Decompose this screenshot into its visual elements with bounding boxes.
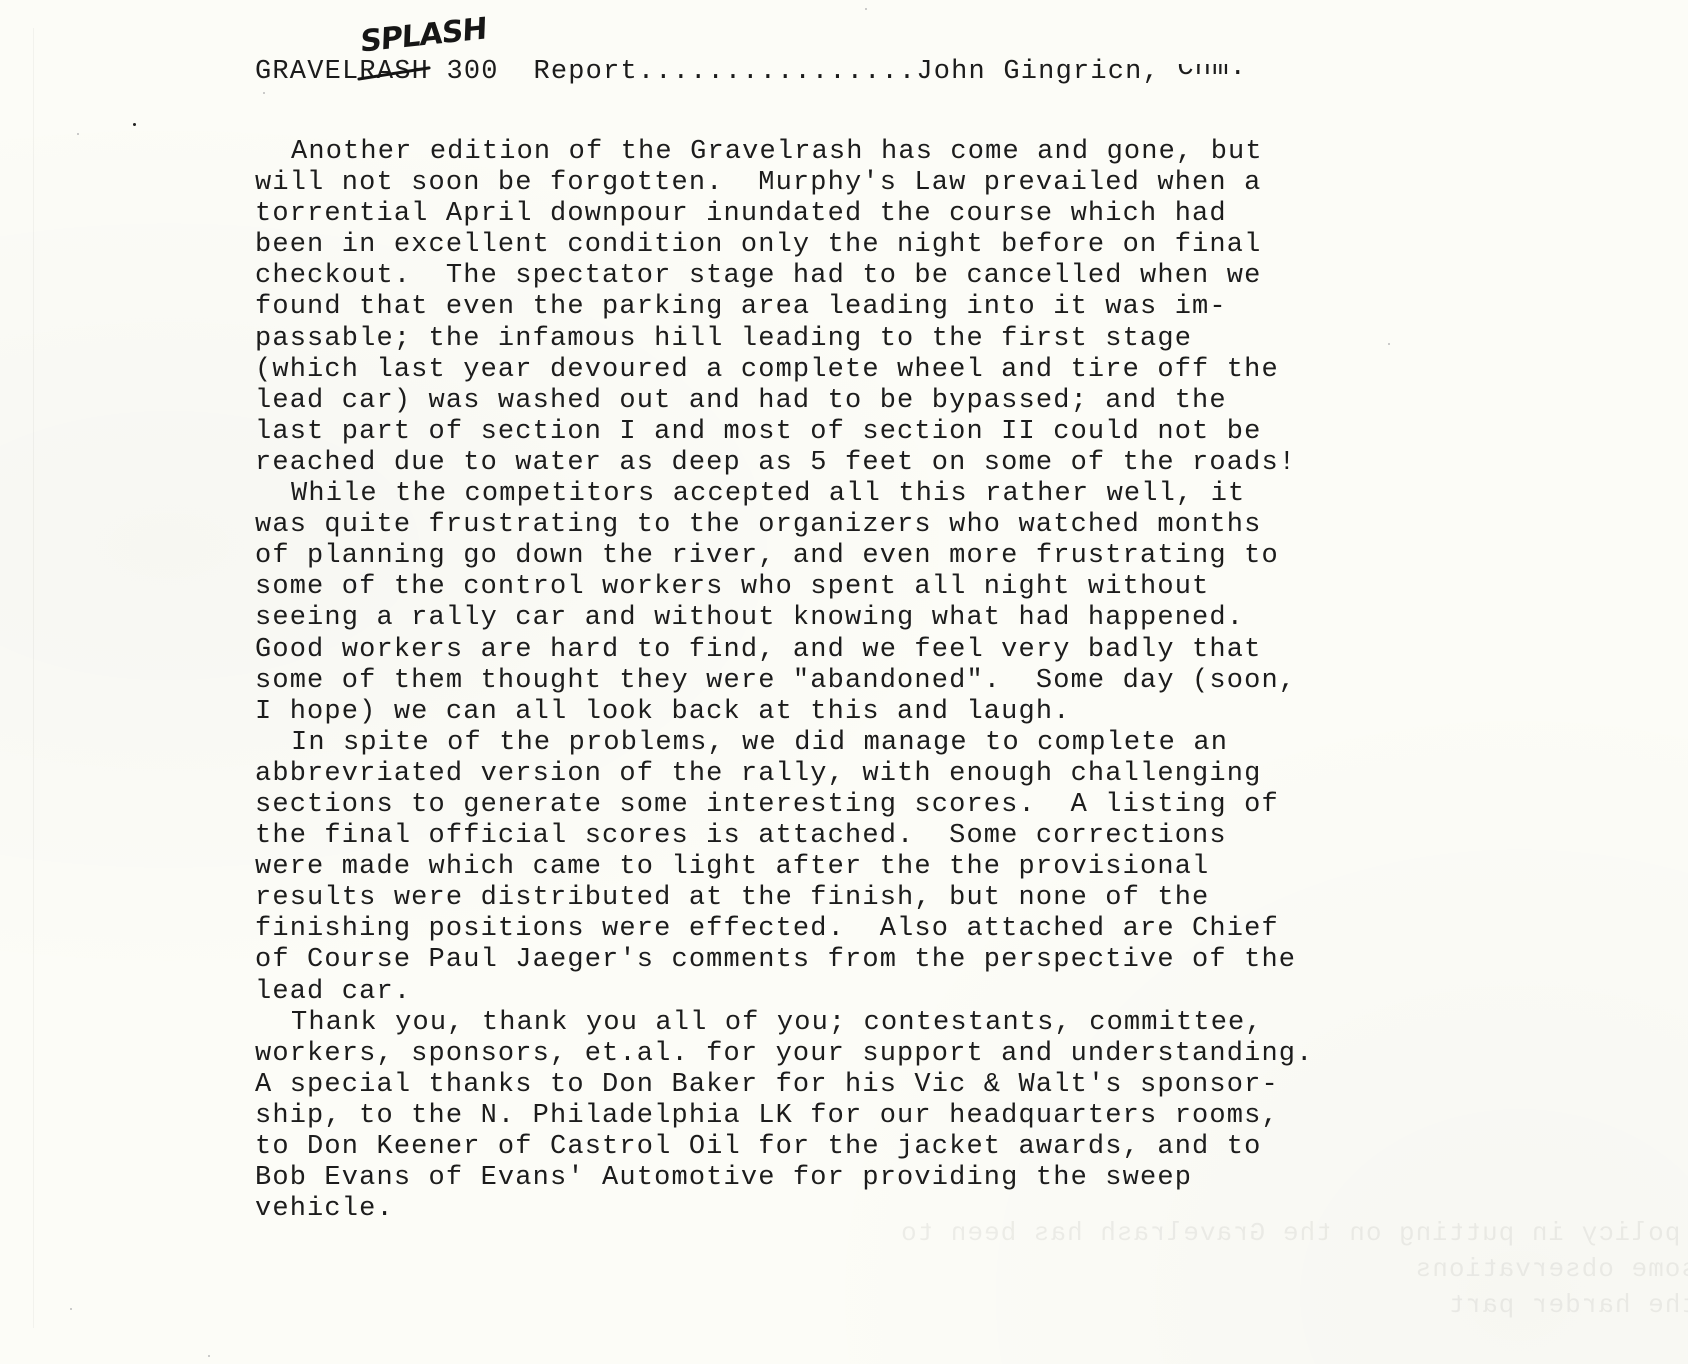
title-prefix: GRAVEL [255, 57, 359, 87]
text-line: last part of section I and most of secti… [255, 417, 1455, 448]
text-line: results were distributed at the finish, … [255, 883, 1455, 914]
text-line: Bob Evans of Evans' Automotive for provi… [255, 1163, 1455, 1194]
text-line: of planning go down the river, and even … [255, 541, 1455, 572]
paragraph-first-line: While the competitors accepted all this … [255, 479, 1455, 510]
text-line: A special thanks to Don Baker for his Vi… [255, 1070, 1455, 1101]
text-line: seeing a rally car and without knowing w… [255, 603, 1455, 634]
text-line: sections to generate some interesting sc… [255, 790, 1455, 821]
ink-speck [865, 8, 867, 10]
text-line: were made which came to light after the … [255, 852, 1455, 883]
report-header: GRAVELRASH 300 Report................Joh… [255, 56, 1247, 88]
struck-out-text: RASH [359, 56, 429, 88]
report-body: Another edition of the Gravelrash has co… [255, 137, 1455, 1225]
author-name: John Gingricn, [916, 57, 1177, 87]
paragraph-first-line: Thank you, thank you all of you; contest… [255, 1008, 1455, 1039]
text-line: lead car. [255, 977, 1455, 1008]
text-line: some of them thought they were "abandone… [255, 666, 1455, 697]
text-line: Good workers are hard to find, and we fe… [255, 635, 1455, 666]
text-line: torrential April downpour inundated the … [255, 199, 1455, 230]
text-line: some of the control workers who spent al… [255, 572, 1455, 603]
ink-speck [77, 133, 79, 135]
paragraph-first-line: Another edition of the Gravelrash has co… [255, 137, 1455, 168]
text-line: reached due to water as deep as 5 feet o… [255, 448, 1455, 479]
text-line: abbrevriated version of the rally, with … [255, 759, 1455, 790]
paper-edge-shadow [33, 28, 34, 1328]
title-suffix: 300 Report [429, 57, 638, 87]
handwritten-correction: SPLASH [360, 11, 487, 60]
text-line: to Don Keener of Castrol Oil for the jac… [255, 1132, 1455, 1163]
author-title-truncated: Chm. [1177, 64, 1247, 80]
text-line: workers, sponsors, et.al. for your suppo… [255, 1039, 1455, 1070]
ink-speck [133, 123, 136, 126]
text-line: of Course Paul Jaeger's comments from th… [255, 945, 1455, 976]
ink-speck [263, 92, 265, 94]
reverse-side-bleed-through: our policy in putting on the Gravelrash … [900, 1215, 1688, 1323]
leader-dots: ................ [638, 57, 916, 87]
text-line: ship, to the N. Philadelphia LK for our … [255, 1101, 1455, 1132]
text-line: (which last year devoured a complete whe… [255, 355, 1455, 386]
scanned-page: SPLASH GRAVELRASH 300 Report............… [0, 0, 1688, 1364]
text-line: will not soon be forgotten. Murphy's Law… [255, 168, 1455, 199]
text-line: the final official scores is attached. S… [255, 821, 1455, 852]
ink-speck [70, 1308, 72, 1310]
text-line: lead car) was washed out and had to be b… [255, 386, 1455, 417]
text-line: was quite frustrating to the organizers … [255, 510, 1455, 541]
ink-speck [208, 1355, 210, 1357]
text-line: finishing positions were effected. Also … [255, 914, 1455, 945]
text-line: been in excellent condition only the nig… [255, 230, 1455, 261]
text-line: found that even the parking area leading… [255, 292, 1455, 323]
text-line: checkout. The spectator stage had to be … [255, 261, 1455, 292]
text-line: I hope) we can all look back at this and… [255, 697, 1455, 728]
text-line: passable; the infamous hill leading to t… [255, 324, 1455, 355]
paragraph-first-line: In spite of the problems, we did manage … [255, 728, 1455, 759]
